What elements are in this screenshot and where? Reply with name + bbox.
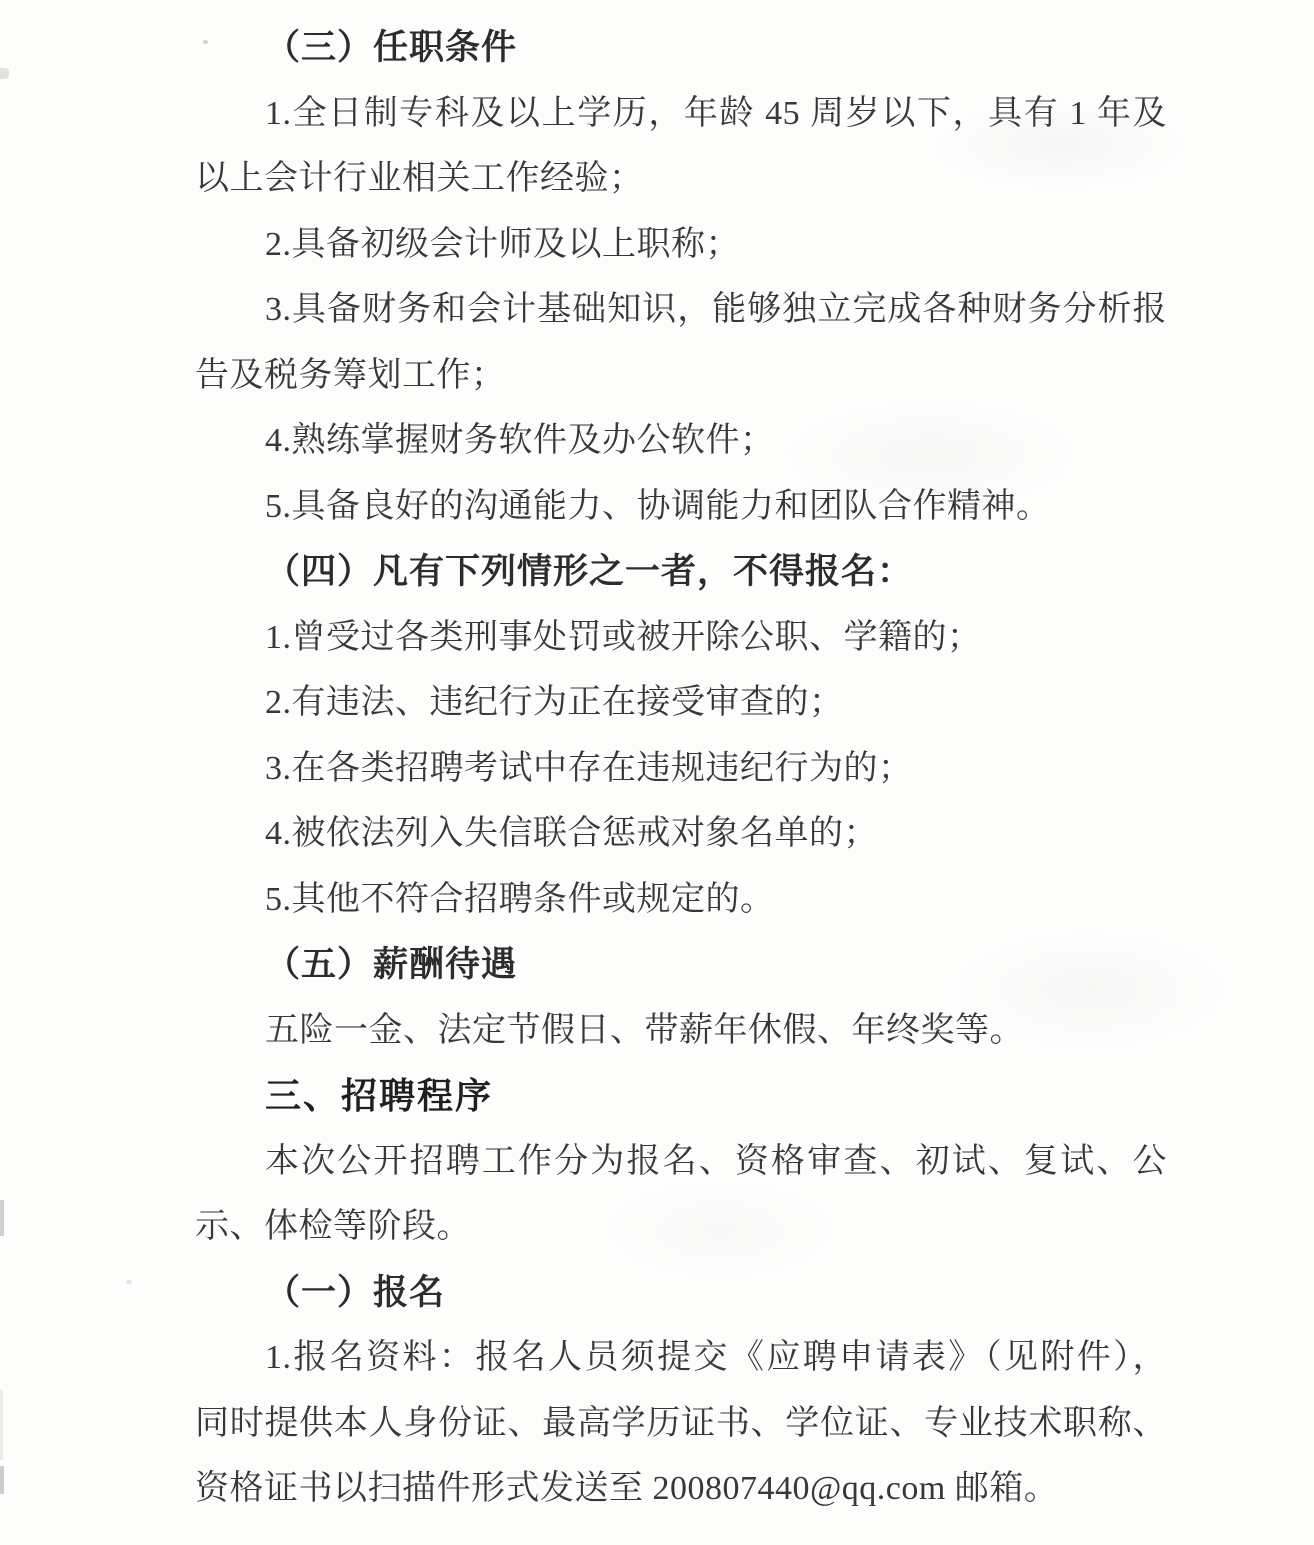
body-line: 4.被依法列入失信联合惩戒对象名单的； — [195, 801, 1167, 867]
section-heading-renzhi-tiaojian: （三）任职条件 — [195, 15, 1167, 81]
scan-edge-mark — [0, 1466, 4, 1494]
body-line: 示、体检等阶段。 — [195, 1194, 1167, 1260]
body-line: 以上会计行业相关工作经验； — [195, 146, 1167, 212]
scan-edge-mark — [0, 1390, 3, 1460]
body-line: 告及税务筹划工作； — [195, 343, 1167, 409]
body-line: 4.熟练掌握财务软件及办公软件； — [195, 408, 1167, 474]
body-line: 五险一金、法定节假日、带薪年休假、年终奖等。 — [195, 998, 1167, 1064]
body-line: 1.全日制专科及以上学历，年龄 45 周岁以下，具有 1 年及 — [195, 81, 1167, 147]
body-line: 本次公开招聘工作分为报名、资格审查、初试、复试、公 — [195, 1129, 1167, 1195]
body-line: 3.在各类招聘考试中存在违规违纪行为的； — [195, 736, 1167, 802]
body-line: 1.报名资料：报名人员须提交《应聘申请表》（见附件）， — [195, 1325, 1167, 1391]
body-line: 2.具备初级会计师及以上职称； — [195, 212, 1167, 278]
body-line: 同时提供本人身份证、最高学历证书、学位证、专业技术职称、 — [195, 1391, 1167, 1457]
document-text-block: （三）任职条件 1.全日制专科及以上学历，年龄 45 周岁以下，具有 1 年及 … — [195, 15, 1167, 1522]
body-line: 3.具备财务和会计基础知识，能够独立完成各种财务分析报 — [195, 277, 1167, 343]
body-line: 2.有违法、违纪行为正在接受审查的； — [195, 670, 1167, 736]
section-heading-baoming: （一）报名 — [195, 1260, 1167, 1326]
scan-edge-mark — [0, 68, 9, 79]
body-line: 5.其他不符合招聘条件或规定的。 — [195, 867, 1167, 933]
body-line-with-email: 资格证书以扫描件形式发送至 200807440@qq.com 邮箱。 — [195, 1456, 1167, 1522]
body-line: 5.具备良好的沟通能力、协调能力和团队合作精神。 — [195, 474, 1167, 540]
scan-edge-mark — [0, 1200, 4, 1236]
document-page: （三）任职条件 1.全日制专科及以上学历，年龄 45 周岁以下，具有 1 年及 … — [0, 0, 1314, 1545]
body-line: 1.曾受过各类刑事处罚或被开除公职、学籍的； — [195, 605, 1167, 671]
scan-speck — [126, 1280, 132, 1284]
section-heading-xinchou-daiyu: （五）薪酬待遇 — [195, 932, 1167, 998]
chapter-heading-zhaopin-chengxu: 三、招聘程序 — [195, 1063, 1167, 1129]
section-heading-budebaoming: （四）凡有下列情形之一者，不得报名： — [195, 539, 1167, 605]
